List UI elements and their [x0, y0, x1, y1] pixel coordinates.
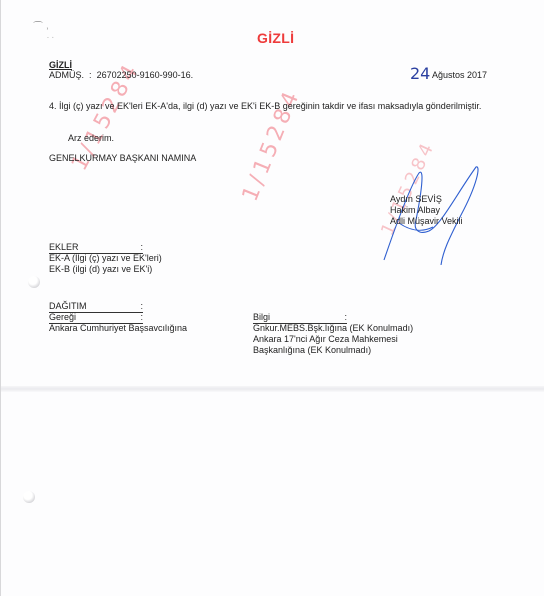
distribution-heading-text: DAĞITIM	[49, 301, 87, 311]
punch-hole	[28, 276, 40, 288]
reference-line: ADMÜŞ. : 26702250-9160-990-16.	[49, 70, 193, 81]
info-item: Ankara 17'nci Ağır Ceza Mahkemesi	[253, 334, 398, 345]
reference-label: ADMÜŞ.	[49, 70, 84, 80]
signatory-title: Adli Müşavir Vekili	[390, 216, 463, 227]
attachments-sep: :	[140, 242, 143, 253]
info-heading-text: Bilgi	[253, 312, 270, 322]
action-heading-text: Gereği	[49, 312, 76, 322]
date-text: Ağustos 2017	[432, 70, 487, 81]
body-paragraph: 4. İlgi (ç) yazı ve EK'leri EK-A'da, ilg…	[49, 100, 496, 112]
action-item: Ankara Cumhuriyet Başsavcılığına	[49, 323, 187, 334]
punch-hole	[23, 491, 35, 503]
signatory-rank: Hakim Albay	[390, 205, 440, 216]
date-day-handwritten: 24	[410, 64, 430, 83]
info-item: Gnkur.MEBS.Bşk.lığına (EK Konulmadı)	[253, 323, 413, 334]
attachments-heading-text: EKLER	[49, 242, 79, 252]
reference-sep: :	[89, 70, 92, 80]
action-sep: :	[140, 312, 143, 323]
distribution-sep: :	[140, 301, 143, 312]
paper-fold-line	[1, 386, 544, 392]
corner-smudge: ⌒ ˒	[33, 18, 49, 33]
corner-smudge-2: ˙ ˙	[47, 36, 55, 45]
on-behalf-text: GENELKURMAY BAŞKANI NAMINA	[49, 153, 196, 164]
classification-heading: GİZLİ	[257, 30, 294, 46]
attachment-item: EK-B (ilgi (d) yazı ve EK'i)	[49, 264, 152, 275]
document-page: ⌒ ˒ ˙ ˙ GİZLİ 1/15284 1/15284 1/15284 Gİ…	[0, 0, 544, 596]
info-item: Başkanlığına (EK Konulmadı)	[253, 345, 371, 356]
reference-number: 26702250-9160-990-16.	[97, 70, 194, 80]
info-sep: :	[344, 312, 347, 323]
signatory-name: Aydın SEVİŞ	[390, 194, 442, 205]
closing-text: Arz ederim.	[68, 133, 114, 144]
attachment-item: EK-A (İlgi (ç) yazı ve EK'leri)	[49, 253, 162, 264]
